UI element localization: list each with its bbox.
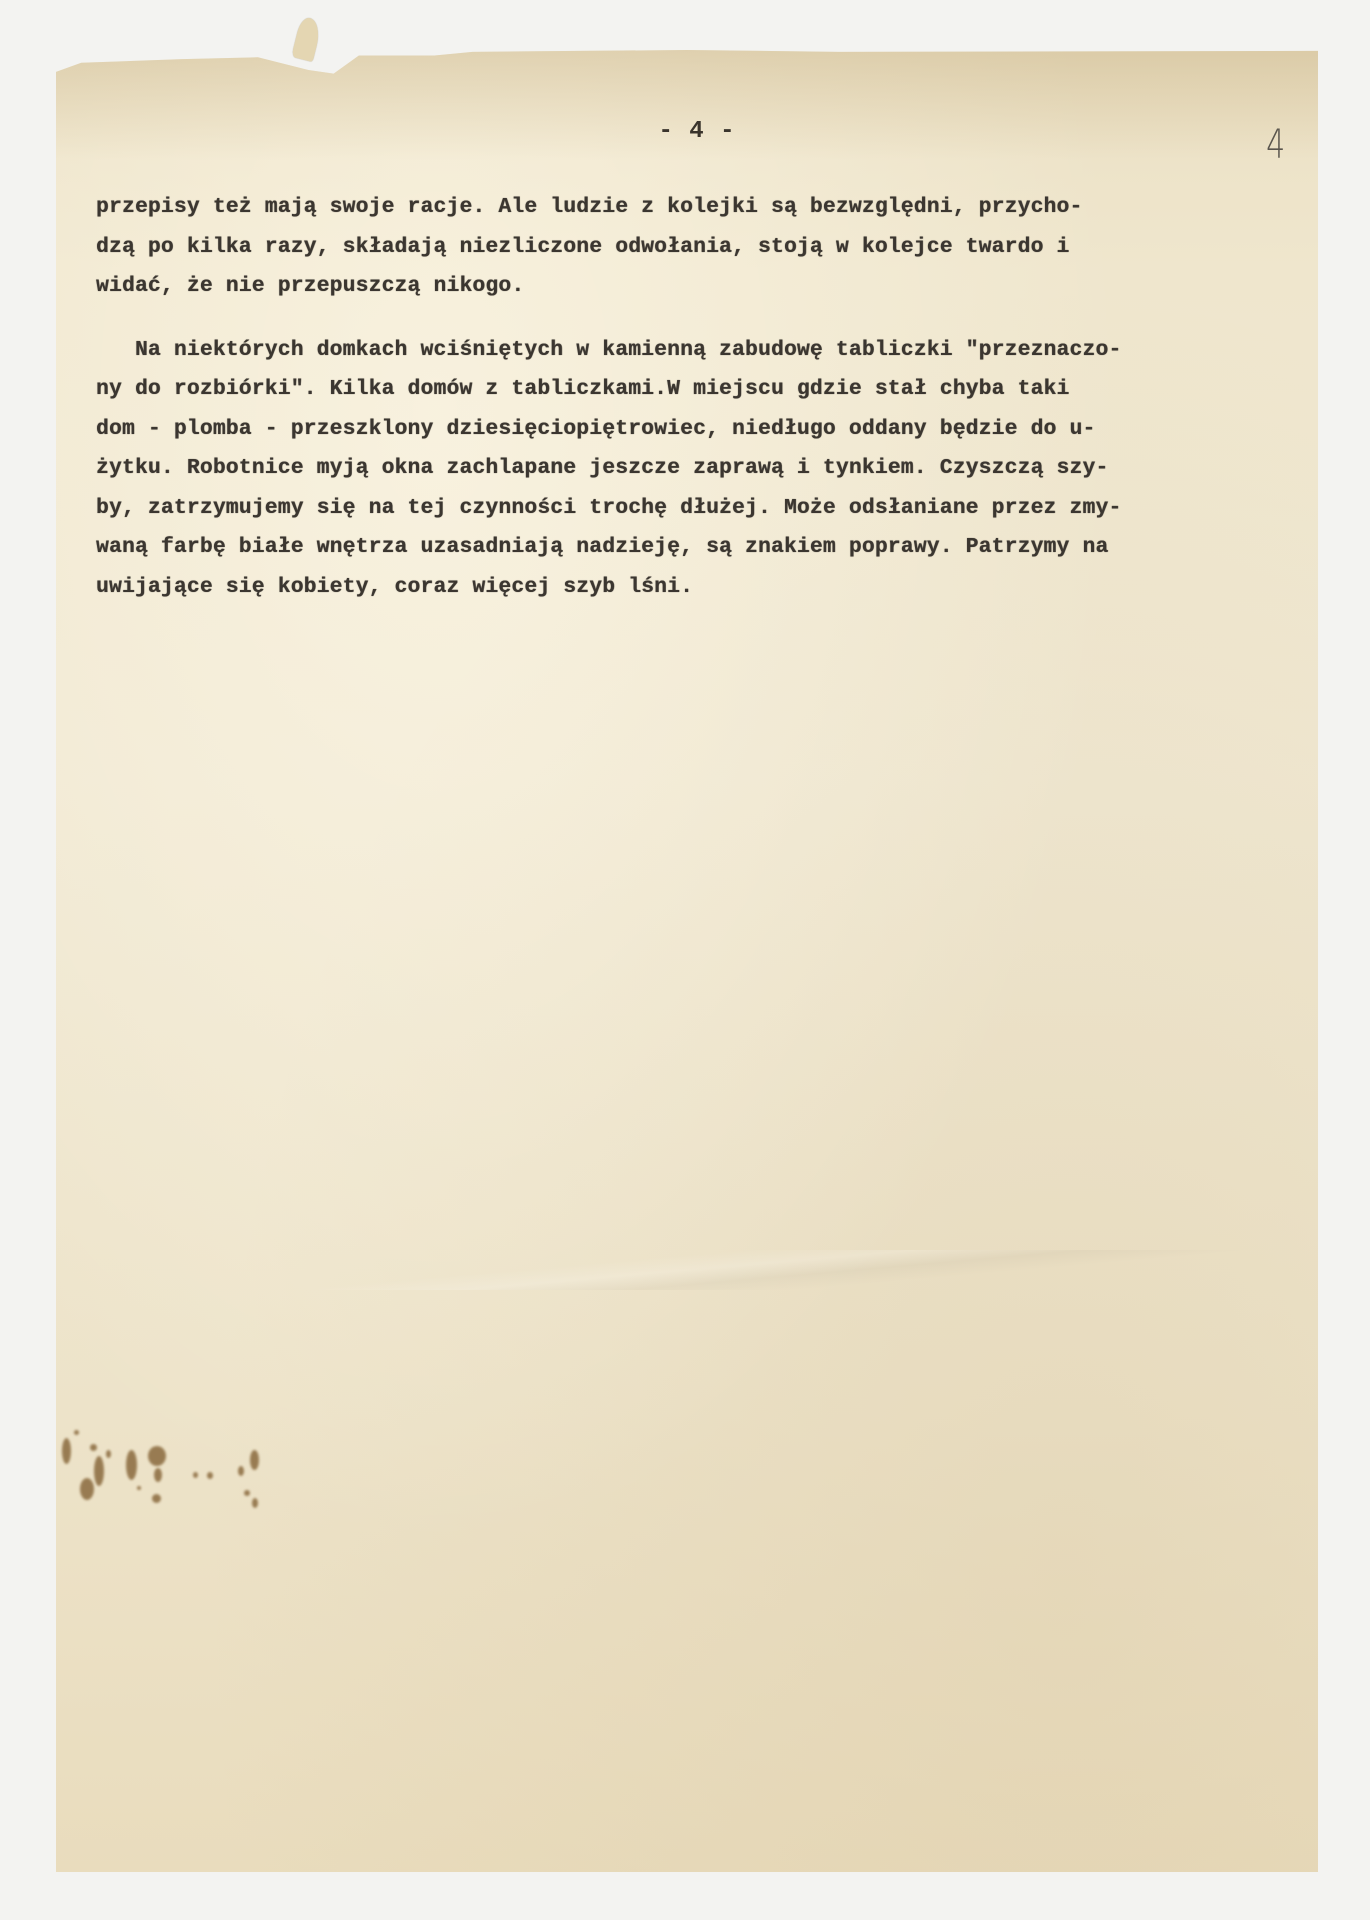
paper-sheet: - 4 - 4 przepisy też mają swoje racje. A… xyxy=(56,50,1318,1872)
text-line: Na niektórych domkach wciśniętych w kami… xyxy=(96,331,1316,371)
text-line: dom - plomba - przeszklony dziesięciopię… xyxy=(96,410,1316,450)
text-line: widać, że nie przepuszczą nikogo. xyxy=(96,267,1316,307)
paper-crease xyxy=(56,1250,1318,1290)
page-number-header: - 4 - xyxy=(56,118,1318,145)
paragraph-1: przepisy też mają swoje racje. Ale ludzi… xyxy=(96,188,1316,307)
typewritten-body: przepisy też mają swoje racje. Ale ludzi… xyxy=(96,188,1316,631)
text-line: ny do rozbiórki". Kilka domów z tabliczk… xyxy=(96,370,1316,410)
text-line: waną farbę białe wnętrza uzasadniają nad… xyxy=(96,528,1316,568)
torn-paper-tab xyxy=(291,16,323,62)
text-line: dzą po kilka razy, składają niezliczone … xyxy=(96,228,1316,268)
text-line: uwijające się kobiety, coraz więcej szyb… xyxy=(96,568,1316,608)
text-line: przepisy też mają swoje racje. Ale ludzi… xyxy=(96,188,1316,228)
paragraph-2: Na niektórych domkach wciśniętych w kami… xyxy=(96,331,1316,608)
rust-stain-spots xyxy=(56,1420,316,1560)
scanned-page: - 4 - 4 przepisy też mają swoje racje. A… xyxy=(0,0,1370,1920)
text-line: by, zatrzymujemy się na tej czynności tr… xyxy=(96,489,1316,529)
text-line: żytku. Robotnice myją okna zachlapane je… xyxy=(96,449,1316,489)
handwritten-folio-number: 4 xyxy=(1266,122,1285,168)
